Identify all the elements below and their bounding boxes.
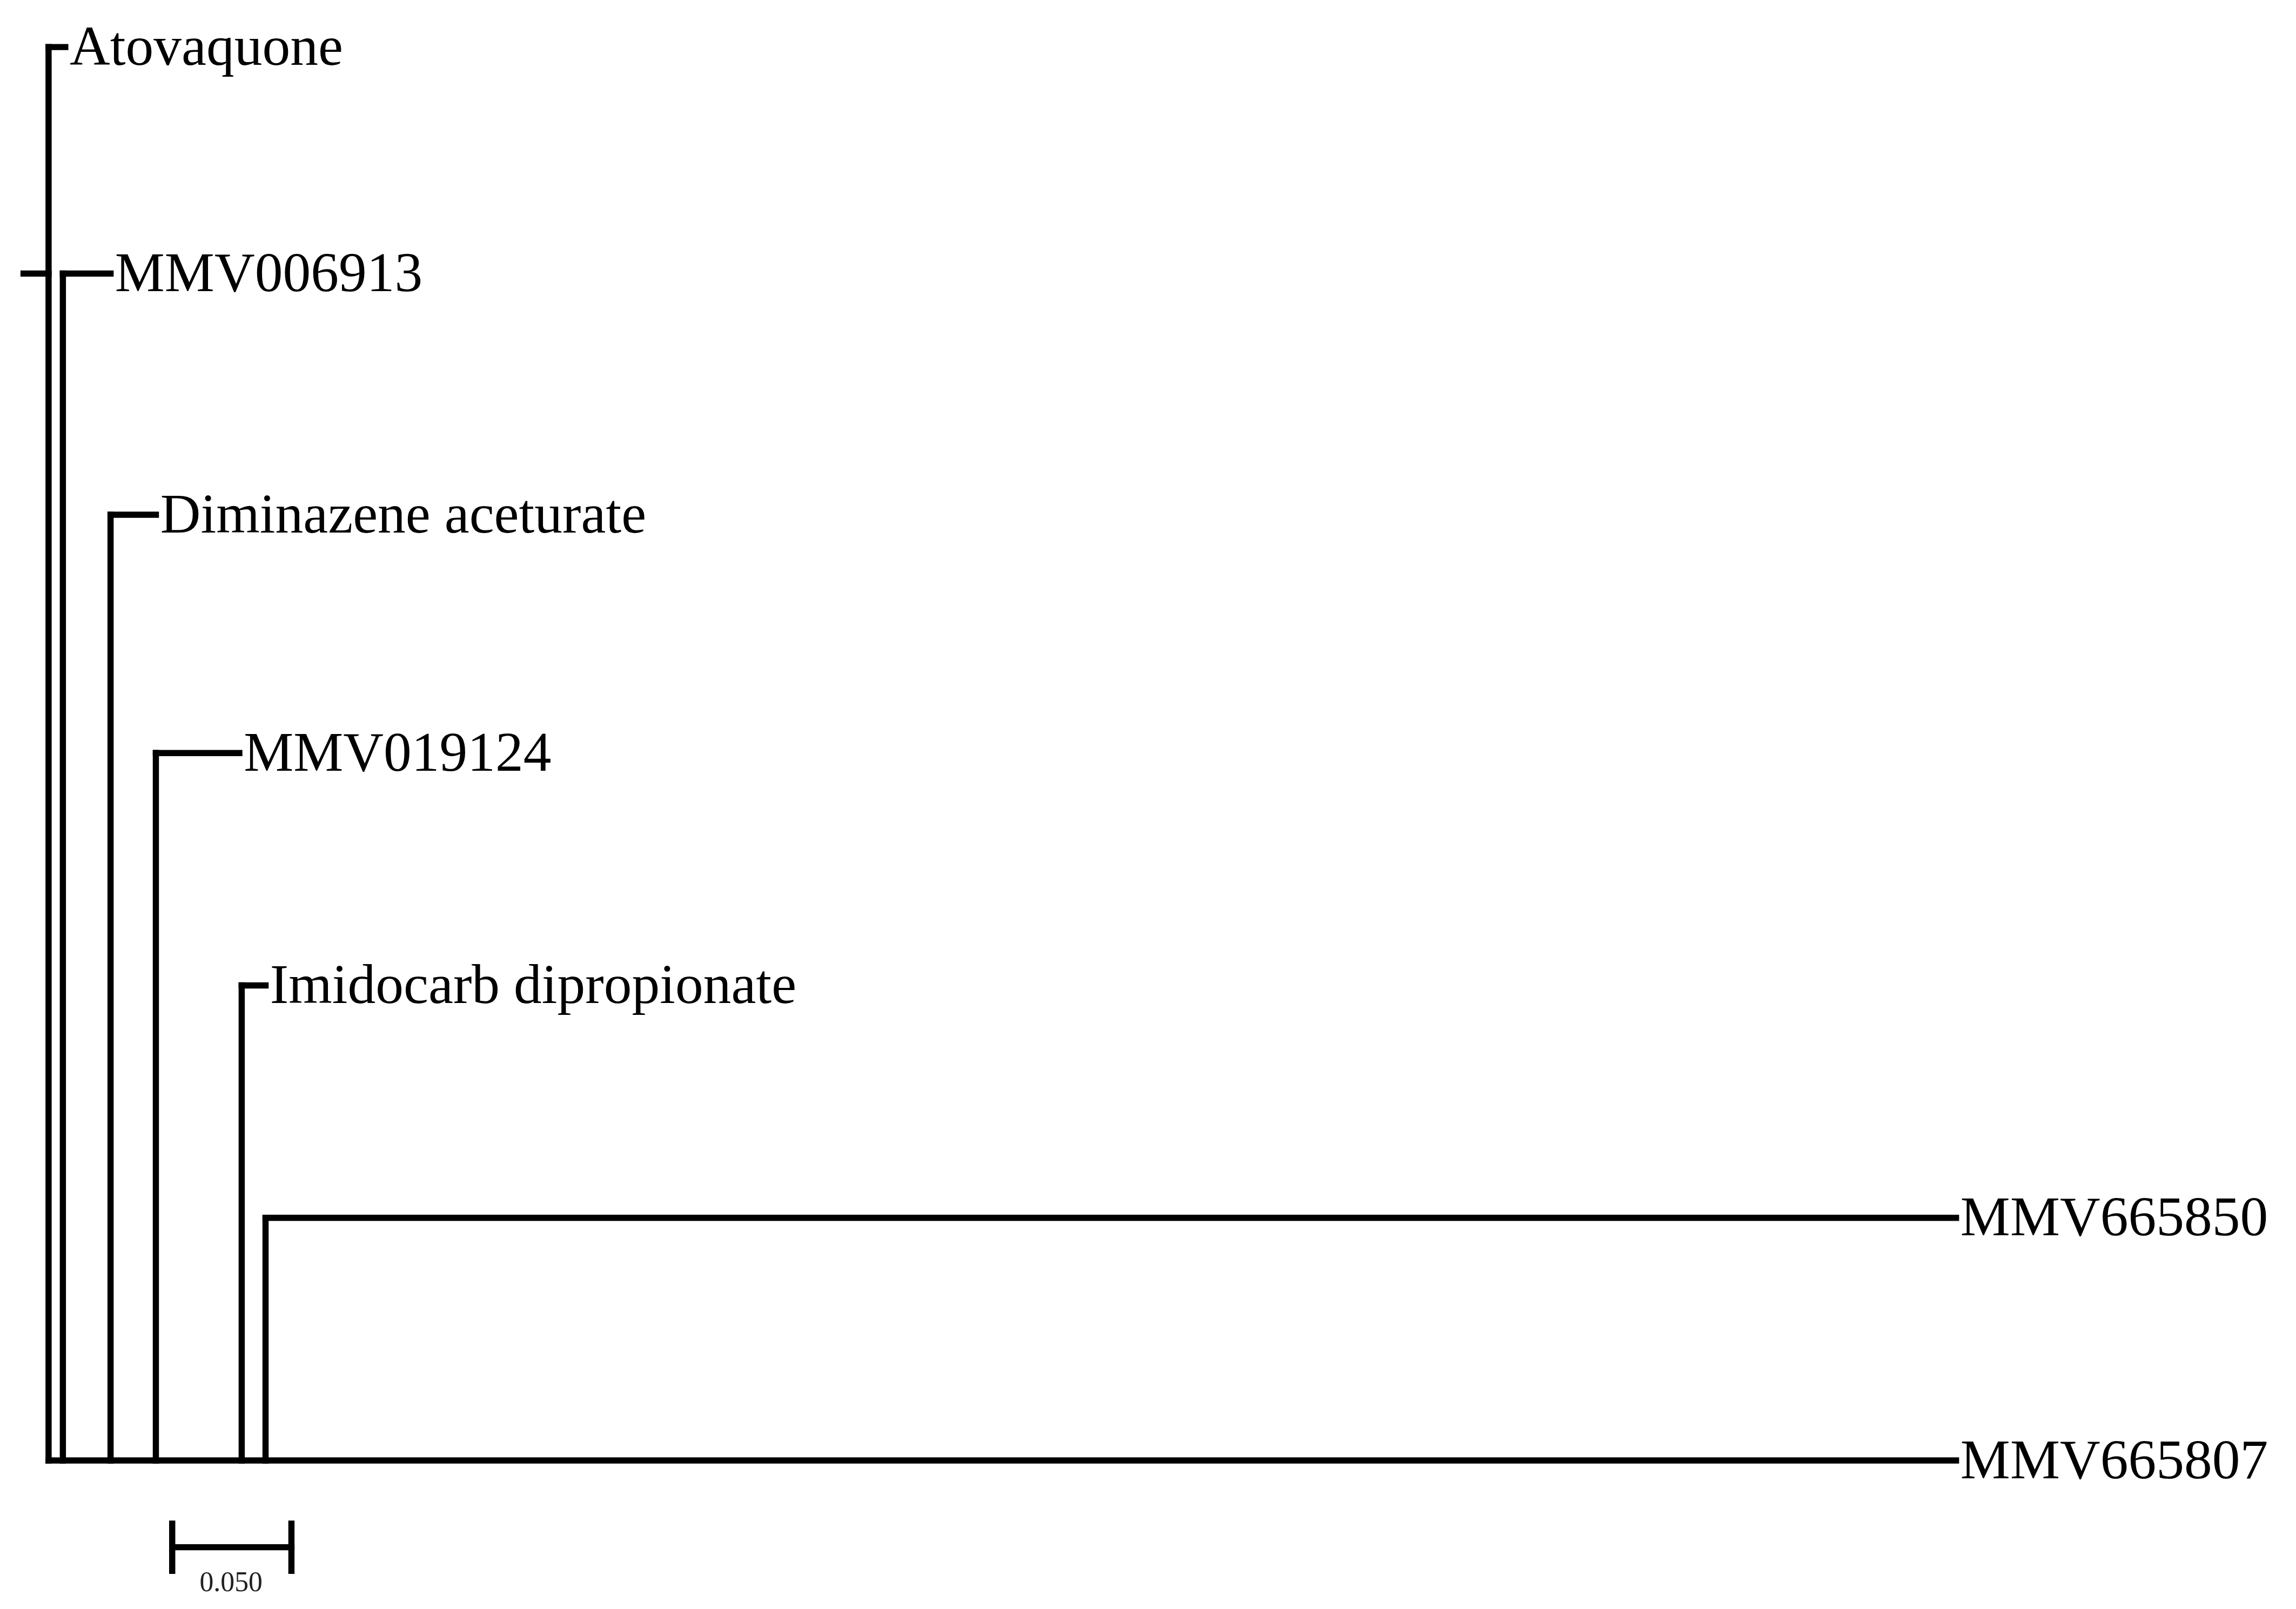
leaf-label: Atovaquone <box>70 16 343 77</box>
leaf-label: MMV665850 <box>1961 1186 2268 1248</box>
leaf-label: Diminazene aceturate <box>160 483 647 545</box>
leaf-label: MMV665807 <box>1961 1429 2268 1491</box>
phylogenetic-tree: AtovaquoneMMV006913Diminazene aceturateM… <box>0 0 2296 1609</box>
leaf-labels: AtovaquoneMMV006913Diminazene aceturateM… <box>70 16 2268 1491</box>
scale-bar: 0.050 <box>172 1524 292 1598</box>
scale-bar-label: 0.050 <box>199 1567 262 1598</box>
leaf-label: Imidocarb dipropionate <box>270 954 797 1015</box>
leaf-label: MMV006913 <box>115 242 422 304</box>
leaf-label: MMV019124 <box>244 722 551 783</box>
